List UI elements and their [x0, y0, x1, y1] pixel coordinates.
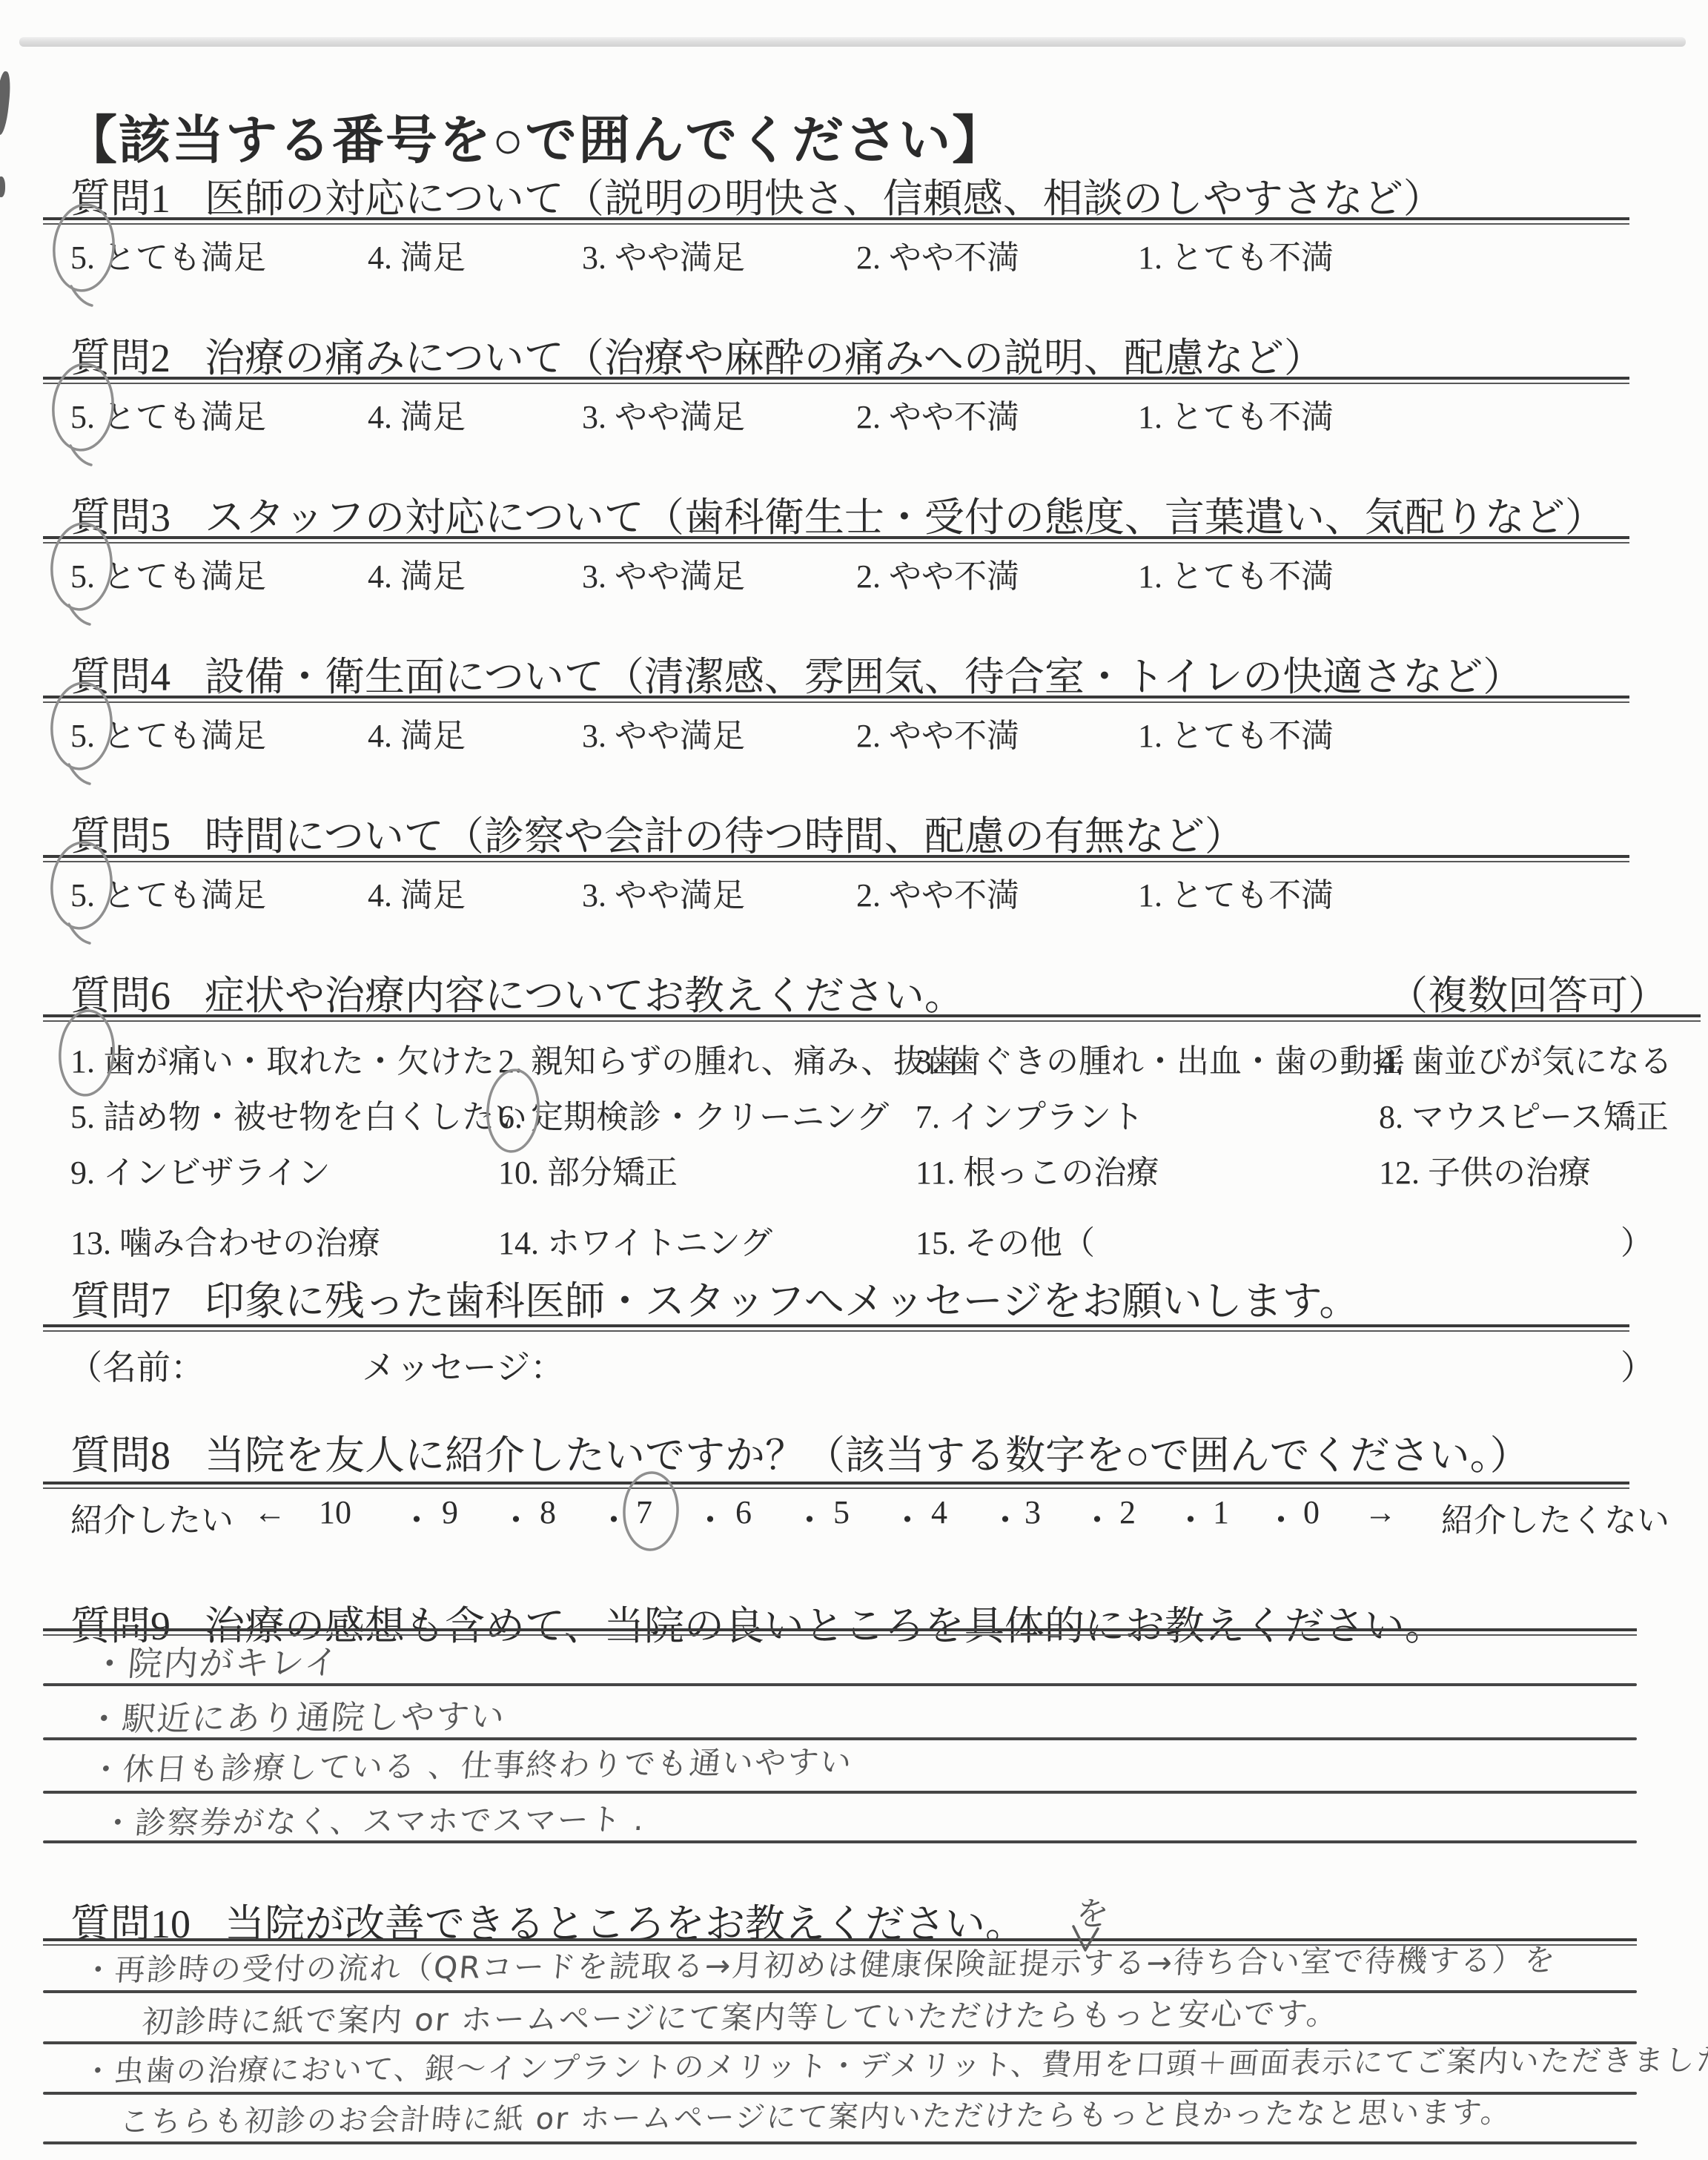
question-5-header: 質問5時間について（診察や会計の待つ時間、配慮の有無など）: [70, 805, 1245, 862]
nps-3: 3: [1025, 1493, 1041, 1531]
q3-option-4: 4. 満足: [368, 549, 466, 597]
question-6-multi-answer-note: （複数回答可）: [1388, 964, 1668, 1021]
q1-option-2: 2. やや不満: [856, 231, 1019, 278]
answer-rule: [43, 1683, 1637, 1686]
q4-option-5: 5. とても満足: [70, 709, 266, 756]
q6-other-close-paren: ）: [1621, 1216, 1653, 1264]
question-2-number: 質問2: [70, 336, 171, 380]
form-title: 【該当する番号を○で囲んでください】: [65, 99, 1005, 174]
q9-answer-line-1: ・院内がキレイ: [90, 1636, 342, 1686]
q6-option-13: 13. 噛み合わせの治療: [70, 1216, 380, 1264]
question-7-rule: [43, 1324, 1629, 1332]
q4-option-4: 4. 満足: [368, 709, 466, 756]
question-1-options: 5. とても満足 4. 満足 3. やや満足 2. やや不満 1. とても不満: [0, 231, 1708, 278]
q6-option-4: 4. 歯並びが気になる: [1379, 1034, 1672, 1082]
q6-option-2: 2. 親知らずの腫れ、痛み、抜歯: [498, 1034, 959, 1082]
question-4-rule: [43, 696, 1629, 703]
q5-option-3: 3. やや満足: [582, 868, 745, 916]
question-6-options-row-3: 9. インビザライン 10. 部分矯正 11. 根っこの治療 12. 子供の治療: [0, 1146, 1708, 1193]
q3-option-2: 2. やや不満: [856, 549, 1019, 597]
answer-rule: [43, 2141, 1637, 2144]
right-arrow: →: [1364, 1493, 1397, 1531]
nps-dot: ・: [1081, 1493, 1113, 1541]
question-4-options: 5. とても満足 4. 満足 3. やや満足 2. やや不満 1. とても不満: [0, 709, 1708, 756]
question-5-title: 時間について（診察や会計の待つ時間、配慮の有無など）: [205, 814, 1245, 859]
q10-answer-line-1: ・再診時の受付の流れ（QRコードを読取る→月初めは健康保険証提示する→待ち合い室…: [82, 1935, 1558, 1989]
q4-option-1: 1. とても不満: [1138, 709, 1334, 756]
scanned-survey-page: 【該当する番号を○で囲んでください】 質問1医師の対応について（説明の明快さ、信…: [0, 0, 1708, 2160]
nps-dot: ・: [793, 1493, 826, 1541]
q5-option-1: 1. とても不満: [1138, 868, 1334, 916]
question-8-rule: [43, 1482, 1629, 1489]
nps-dot: ・: [989, 1493, 1022, 1541]
nps-10: 10: [319, 1493, 351, 1531]
question-8-header: 質問8当院を友人に紹介したいですか？（該当する数字を○で囲んでください。）: [70, 1424, 1530, 1481]
hand-circle-q4-tail: [69, 764, 90, 784]
question-6-options-row-4: 13. 噛み合わせの治療 14. ホワイトニング 15. その他（ ）: [0, 1216, 1708, 1264]
q6-option-15: 15. その他（: [916, 1216, 1095, 1264]
question-3-number: 質問3: [70, 495, 171, 540]
nps-6: 6: [735, 1493, 752, 1531]
hand-circle-q2-tail: [70, 446, 91, 465]
nps-dot: ・: [400, 1493, 433, 1541]
nps-4: 4: [931, 1493, 947, 1531]
left-arrow: ←: [254, 1493, 286, 1531]
q2-option-1: 1. とても不満: [1138, 390, 1334, 437]
q9-answer-line-2: ・駅近にあり通院しやすい: [85, 1689, 508, 1740]
nps-7: 7: [636, 1493, 652, 1531]
q6-option-1: 1. 歯が痛い・取れた・欠けた: [70, 1034, 494, 1082]
q5-option-2: 2. やや不満: [856, 868, 1019, 916]
hand-circle-q1-tail: [71, 286, 92, 305]
q1-option-3: 3. やや満足: [582, 231, 745, 278]
q4-option-2: 2. やや不満: [856, 709, 1019, 756]
question-9-rule: [43, 1628, 1637, 1636]
question-6-number: 質問6: [70, 974, 171, 1018]
q7-close-paren: ）: [1621, 1341, 1655, 1390]
question-1-rule: [43, 217, 1629, 225]
question-4-title: 設備・衛生面について（清潔感、雰囲気、待合室・トイレの快適さなど）: [205, 655, 1523, 699]
hand-circle-q3-tail: [69, 605, 90, 624]
question-3-header: 質問3スタッフの対応について（歯科衛生士・受付の態度、言葉遣い、気配りなど）: [70, 486, 1605, 543]
nps-dot: ・: [1265, 1493, 1297, 1541]
q6-option-14: 14. ホワイトニング: [498, 1216, 772, 1264]
question-7-header: 質問7印象に残った歯科医師・スタッフへメッセージをお願いします。: [70, 1269, 1359, 1327]
nps-right-label: 紹介したくない: [1441, 1493, 1669, 1541]
q3-option-3: 3. やや満足: [582, 549, 745, 597]
question-8-title: 当院を友人に紹介したいですか？（該当する数字を○で囲んでください。）: [205, 1433, 1530, 1478]
question-3-title: スタッフの対応について（歯科衛生士・受付の態度、言葉遣い、気配りなど）: [205, 495, 1605, 540]
question-5-options: 5. とても満足 4. 満足 3. やや満足 2. やや不満 1. とても不満: [0, 868, 1708, 916]
q2-option-3: 3. やや満足: [582, 390, 745, 437]
nps-dot: ・: [598, 1493, 630, 1541]
nps-dot: ・: [1174, 1493, 1207, 1541]
q6-option-12: 12. 子供の治療: [1379, 1146, 1591, 1193]
question-1-header: 質問1医師の対応について（説明の明快さ、信頼感、相談のしやすさなど）: [70, 167, 1443, 224]
question-6-rule: [43, 1014, 1701, 1022]
nps-8: 8: [540, 1493, 556, 1531]
q5-option-5: 5. とても満足: [70, 868, 266, 916]
q3-option-5: 5. とても満足: [70, 549, 266, 597]
q7-message-label: メッセージ：: [362, 1341, 564, 1390]
question-1-number: 質問1: [70, 176, 171, 221]
question-2-header: 質問2治療の痛みについて（治療や麻酔の痛みへの説明、配慮など）: [70, 326, 1324, 383]
hand-circle-q5-tail: [69, 924, 90, 943]
q5-option-4: 4. 満足: [368, 868, 466, 916]
q10-answer-line-3: ・虫歯の治療において、銀〜インプラントのメリット・デメリット、費用を口頭＋画面表…: [82, 2036, 1708, 2090]
nps-left-label: 紹介したい: [70, 1493, 234, 1541]
q1-option-4: 4. 満足: [368, 231, 466, 278]
q6-option-10: 10. 部分矯正: [498, 1146, 678, 1193]
q2-option-2: 2. やや不満: [856, 390, 1019, 437]
q2-option-5: 5. とても満足: [70, 390, 266, 437]
nps-2: 2: [1119, 1493, 1136, 1531]
question-7-title: 印象に残った歯科医師・スタッフへメッセージをお願いします。: [205, 1279, 1359, 1324]
question-1-title: 医師の対応について（説明の明快さ、信頼感、相談のしやすさなど）: [205, 176, 1443, 221]
question-6-options-row-2: 5. 詰め物・被せ物を白くしたい 6. 定期検診・クリーニング 7. インプラン…: [0, 1090, 1708, 1137]
question-8-nps-scale: 紹介したい ← 10 ・ 9 ・ 8 ・ 7 ・ 6 ・ 5 ・ 4 ・ 3 ・…: [0, 1493, 1708, 1541]
q6-option-5: 5. 詰め物・被せ物を白くしたい: [70, 1090, 527, 1137]
q6-option-11: 11. 根っこの治療: [916, 1146, 1159, 1193]
q6-option-6: 6. 定期検診・クリーニング: [498, 1090, 889, 1137]
question-2-rule: [43, 377, 1629, 384]
question-7-fields: （名前： メッセージ： ）: [0, 1341, 1708, 1388]
q10-answer-line-2: 初診時に紙で案内 or ホームページにて案内等していただけたらもっと安心です。: [141, 1989, 1341, 2042]
question-7-number: 質問7: [70, 1279, 171, 1324]
question-3-rule: [43, 536, 1629, 544]
question-6-title: 症状や治療内容についてお教えください。: [205, 974, 964, 1018]
q7-name-label: （名前：: [68, 1341, 205, 1390]
question-8-number: 質問8: [70, 1433, 171, 1478]
nps-dot: ・: [891, 1493, 924, 1541]
q1-option-5: 5. とても満足: [70, 231, 266, 278]
q9-answer-line-4: ・診察券がなく、スマホでスマート .: [101, 1795, 647, 1843]
question-4-header: 質問4設備・衛生面について（清潔感、雰囲気、待合室・トイレの快適さなど）: [70, 645, 1523, 702]
question-5-rule: [43, 855, 1629, 862]
question-2-title: 治療の痛みについて（治療や麻酔の痛みへの説明、配慮など）: [205, 336, 1324, 380]
q6-option-9: 9. インビザライン: [70, 1146, 331, 1193]
answer-rule: [43, 1840, 1637, 1843]
question-5-number: 質問5: [70, 814, 171, 859]
q2-option-4: 4. 満足: [368, 390, 466, 437]
question-4-number: 質問4: [70, 655, 171, 699]
q6-option-8: 8. マウスピース矯正: [1379, 1090, 1669, 1137]
nps-9: 9: [442, 1493, 458, 1531]
nps-5: 5: [833, 1493, 850, 1531]
q6-option-3: 3. 歯ぐきの腫れ・出血・歯の動揺: [916, 1034, 1405, 1082]
scan-artifact-smudge: [0, 70, 12, 135]
q3-option-1: 1. とても不満: [1138, 549, 1334, 597]
nps-dot: ・: [500, 1493, 532, 1541]
scan-artifact-top-bar: [19, 37, 1686, 47]
q10-answer-line-4: こちらも初診のお会計時に紙 or ホームページにて案内いただけたらもっと良かった…: [119, 2089, 1514, 2141]
nps-dot: ・: [694, 1493, 726, 1541]
q6-option-7: 7. インプラント: [916, 1090, 1144, 1137]
answer-rule: [43, 1791, 1637, 1794]
question-6-options-row-1: 1. 歯が痛い・取れた・欠けた 2. 親知らずの腫れ、痛み、抜歯 3. 歯ぐきの…: [0, 1034, 1708, 1082]
question-9-title: 治療の感想も含めて、当院の良いところを具体的にお教えください。: [205, 1604, 1445, 1648]
q4-option-3: 3. やや満足: [582, 709, 745, 756]
q1-option-1: 1. とても不満: [1138, 231, 1334, 278]
nps-1: 1: [1213, 1493, 1229, 1531]
question-6-header: 質問6症状や治療内容についてお教えください。: [70, 964, 964, 1021]
question-2-options: 5. とても満足 4. 満足 3. やや満足 2. やや不満 1. とても不満: [0, 390, 1708, 437]
scan-artifact-smudge: [0, 176, 5, 197]
nps-0: 0: [1303, 1493, 1320, 1531]
q9-answer-line-3: ・休日も診療している 、仕事終わりでも通いやすい: [88, 1737, 855, 1790]
question-3-options: 5. とても満足 4. 満足 3. やや満足 2. やや不満 1. とても不満: [0, 549, 1708, 597]
q10-insertion-mark: を: [1074, 1887, 1112, 1935]
